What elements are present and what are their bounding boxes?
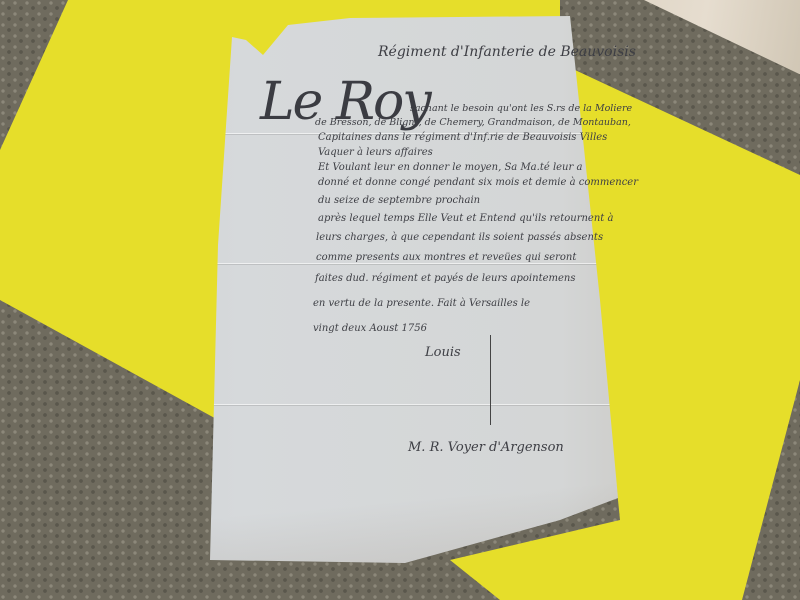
fold-line-bottom (210, 404, 615, 405)
fold-line-middle (212, 263, 607, 264)
fold-line-top (215, 133, 605, 134)
